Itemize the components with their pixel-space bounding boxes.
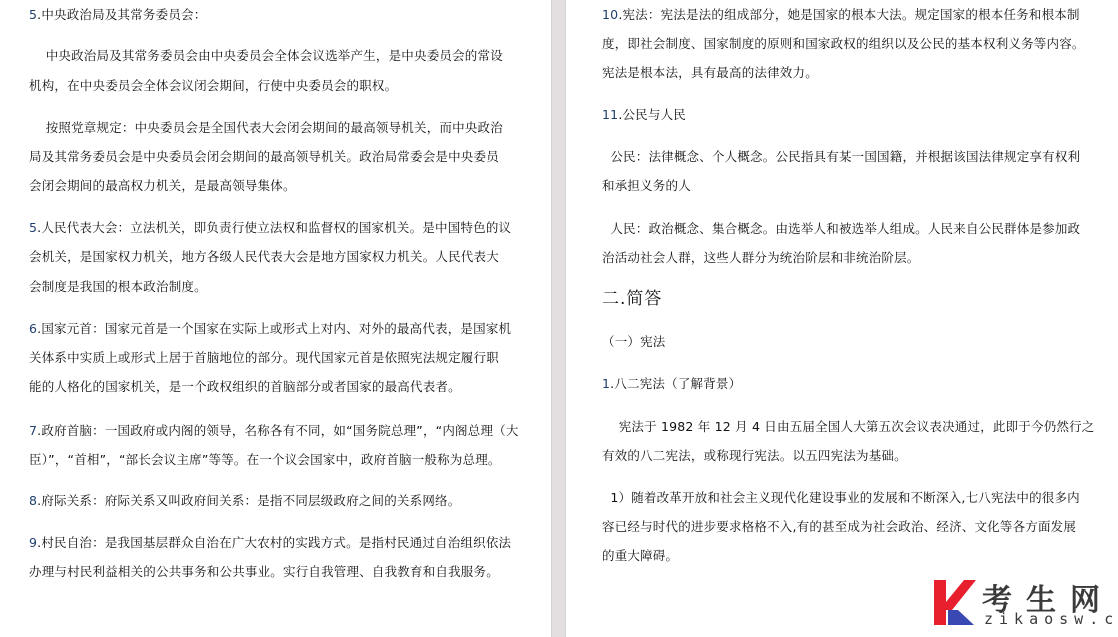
- line-text: 会闭会期间的最高权力机关，是最高领导集体。: [29, 178, 296, 193]
- line-text: .国家元首：国家元首是一个国家在实际上或形式上对内、对外的最高代表，是国家机: [37, 321, 511, 336]
- line-text: （一）宪法: [602, 334, 666, 349]
- item-number: 5: [29, 220, 37, 235]
- text-line: 中央政治局及其常务委员会由中央委员会全体会议选举产生，是中央委员会的常设: [29, 48, 503, 64]
- document-page-left: 5.中央政治局及其常务委员会： 中央政治局及其常务委员会由中央委员会全体会议选举…: [0, 0, 551, 637]
- line-text: .政府首脑：一国政府或内阁的领导，名称各有不同，如“国务院总理”，“内阁总理（大: [37, 423, 518, 438]
- line-text: 宪法于 1982 年 12 月 4 日由五届全国人大第五次会议表决通过，此即于今…: [602, 419, 1095, 434]
- text-line: 6.国家元首：国家元首是一个国家在实际上或形式上对内、对外的最高代表，是国家机: [29, 321, 511, 337]
- line-text: .八二宪法（了解背景）: [610, 376, 741, 391]
- item-number: 10: [602, 7, 618, 22]
- document-page-right: 10.宪法：宪法是法的组成部分，她是国家的根本大法。规定国家的根本任务和根本制度…: [566, 0, 1118, 637]
- text-line: 1）随着改革开放和社会主义现代化建设事业的发展和不断深入,七八宪法中的很多内: [602, 490, 1080, 506]
- line-text: 人民：政治概念、集合概念。由选举人和被选举人组成。人民来自公民群体是参加政: [602, 221, 1080, 236]
- k-logo-icon: [934, 580, 976, 625]
- line-text: 办理与村民利益相关的公共事务和公共事业。实行自我管理、自我教育和自我服务。: [29, 564, 499, 579]
- line-text: 公民：法律概念、个人概念。公民指具有某一国国籍，并根据该国法律规定享有权利: [602, 149, 1080, 164]
- text-line: 能的人格化的国家机关，是一个政权组织的首脑部分或者国家的最高代表者。: [29, 379, 461, 395]
- item-number: 9: [29, 535, 37, 550]
- text-line: 关体系中实质上或形式上居于首脑地位的部分。现代国家元首是依照宪法规定履行职: [29, 350, 499, 366]
- line-text: .人民代表大会：立法机关，即负责行使立法权和监督权的国家机关。是中国特色的议: [37, 220, 511, 235]
- line-text: .中央政治局及其常务委员会：: [37, 7, 206, 22]
- text-line: 5.中央政治局及其常务委员会：: [29, 7, 206, 23]
- line-text: 会制度是我国的根本政治制度。: [29, 279, 207, 294]
- page-edge: [551, 0, 552, 637]
- text-line: 会制度是我国的根本政治制度。: [29, 279, 207, 295]
- line-text: .宪法：宪法是法的组成部分，她是国家的根本大法。规定国家的根本任务和根本制: [618, 7, 1079, 22]
- text-line: 臣）”，“首相”，“部长会议主席”等等。在一个议会国家中，政府首脑一般称为总理。: [29, 452, 501, 468]
- item-number: 7: [29, 423, 37, 438]
- text-line: 宪法是根本法，具有最高的法律效力。: [602, 65, 818, 81]
- item-number: 11: [602, 107, 618, 122]
- line-text: 关体系中实质上或形式上居于首脑地位的部分。现代国家元首是依照宪法规定履行职: [29, 350, 499, 365]
- watermark-logo: 考生网 zikaosw.cn: [934, 576, 1109, 631]
- line-text: 按照党章规定：中央委员会是全国代表大会闭会期间的最高领导机关，而中央政治: [29, 120, 503, 135]
- text-line: 办理与村民利益相关的公共事务和公共事业。实行自我管理、自我教育和自我服务。: [29, 564, 499, 580]
- text-line: 和承担义务的人: [602, 178, 691, 194]
- text-line: （一）宪法: [602, 334, 666, 350]
- text-line: 11.公民与人民: [602, 107, 686, 123]
- text-line: 人民：政治概念、集合概念。由选举人和被选举人组成。人民来自公民群体是参加政: [602, 221, 1080, 237]
- line-text: .府际关系：府际关系又叫政府间关系：是指不同层级政府之间的关系网络。: [37, 493, 460, 508]
- line-text: 臣）”，“首相”，“部长会议主席”等等。在一个议会国家中，政府首脑一般称为总理。: [29, 452, 501, 467]
- text-line: 公民：法律概念、个人概念。公民指具有某一国国籍，并根据该国法律规定享有权利: [602, 149, 1080, 165]
- text-line: 度，即社会制度、国家制度的原则和国家政权的组织以及公民的基本权利义务等内容。: [602, 36, 1085, 52]
- line-text: 宪法是根本法，具有最高的法律效力。: [602, 65, 818, 80]
- line-text: 度，即社会制度、国家制度的原则和国家政权的组织以及公民的基本权利义务等内容。: [602, 36, 1085, 51]
- text-line: 按照党章规定：中央委员会是全国代表大会闭会期间的最高领导机关，而中央政治: [29, 120, 503, 136]
- text-line: 局及其常务委员会是中央委员会闭会期间的最高领导机关。政治局常委会是中央委员: [29, 149, 499, 165]
- line-text: 机构，在中央委员会全体会议闭会期间，行使中央委员会的职权。: [29, 78, 397, 93]
- text-line: 9.村民自治：是我国基层群众自治在广大农村的实践方式。是指村民通过自治组织依法: [29, 535, 511, 551]
- text-line: 的重大障碍。: [602, 548, 678, 564]
- section-heading: 二.简答: [602, 289, 662, 309]
- item-number: 1: [602, 376, 610, 391]
- text-line: 治活动社会人群，这些人群分为统治阶层和非统治阶层。: [602, 250, 920, 266]
- text-line: 会闭会期间的最高权力机关，是最高领导集体。: [29, 178, 296, 194]
- text-line: 7.政府首脑：一国政府或内阁的领导，名称各有不同，如“国务院总理”，“内阁总理（…: [29, 423, 519, 439]
- line-text: 二.简答: [602, 289, 662, 309]
- line-text: 的重大障碍。: [602, 548, 678, 563]
- line-text: 会机关，是国家权力机关，地方各级人民代表大会是地方国家权力机关。人民代表大: [29, 249, 499, 264]
- text-line: 有效的八二宪法，或称现行宪法。以五四宪法为基础。: [602, 448, 907, 464]
- text-line: 容已经与时代的进步要求格格不入,有的甚至成为社会政治、经济、文化等各方面发展: [602, 519, 1076, 535]
- item-number: 6: [29, 321, 37, 336]
- line-text: .公民与人民: [618, 107, 686, 122]
- text-line: 8.府际关系：府际关系又叫政府间关系：是指不同层级政府之间的关系网络。: [29, 493, 460, 509]
- line-text: 局及其常务委员会是中央委员会闭会期间的最高领导机关。政治局常委会是中央委员: [29, 149, 499, 164]
- text-line: 宪法于 1982 年 12 月 4 日由五届全国人大第五次会议表决通过，此即于今…: [602, 419, 1095, 435]
- line-text: 1）随着改革开放和社会主义现代化建设事业的发展和不断深入,七八宪法中的很多内: [602, 490, 1080, 505]
- line-text: 能的人格化的国家机关，是一个政权组织的首脑部分或者国家的最高代表者。: [29, 379, 461, 394]
- text-line: 1.八二宪法（了解背景）: [602, 376, 741, 392]
- line-text: .村民自治：是我国基层群众自治在广大农村的实践方式。是指村民通过自治组织依法: [37, 535, 511, 550]
- watermark-url: zikaosw.cn: [984, 610, 1118, 628]
- line-text: 和承担义务的人: [602, 178, 691, 193]
- line-text: 有效的八二宪法，或称现行宪法。以五四宪法为基础。: [602, 448, 907, 463]
- item-number: 8: [29, 493, 37, 508]
- text-line: 机构，在中央委员会全体会议闭会期间，行使中央委员会的职权。: [29, 78, 397, 94]
- text-line: 5.人民代表大会：立法机关，即负责行使立法权和监督权的国家机关。是中国特色的议: [29, 220, 511, 236]
- line-text: 治活动社会人群，这些人群分为统治阶层和非统治阶层。: [602, 250, 920, 265]
- text-line: 会机关，是国家权力机关，地方各级人民代表大会是地方国家权力机关。人民代表大: [29, 249, 499, 265]
- item-number: 5: [29, 7, 37, 22]
- line-text: 中央政治局及其常务委员会由中央委员会全体会议选举产生，是中央委员会的常设: [29, 48, 503, 63]
- text-line: 10.宪法：宪法是法的组成部分，她是国家的根本大法。规定国家的根本任务和根本制: [602, 7, 1080, 23]
- line-text: 容已经与时代的进步要求格格不入,有的甚至成为社会政治、经济、文化等各方面发展: [602, 519, 1076, 534]
